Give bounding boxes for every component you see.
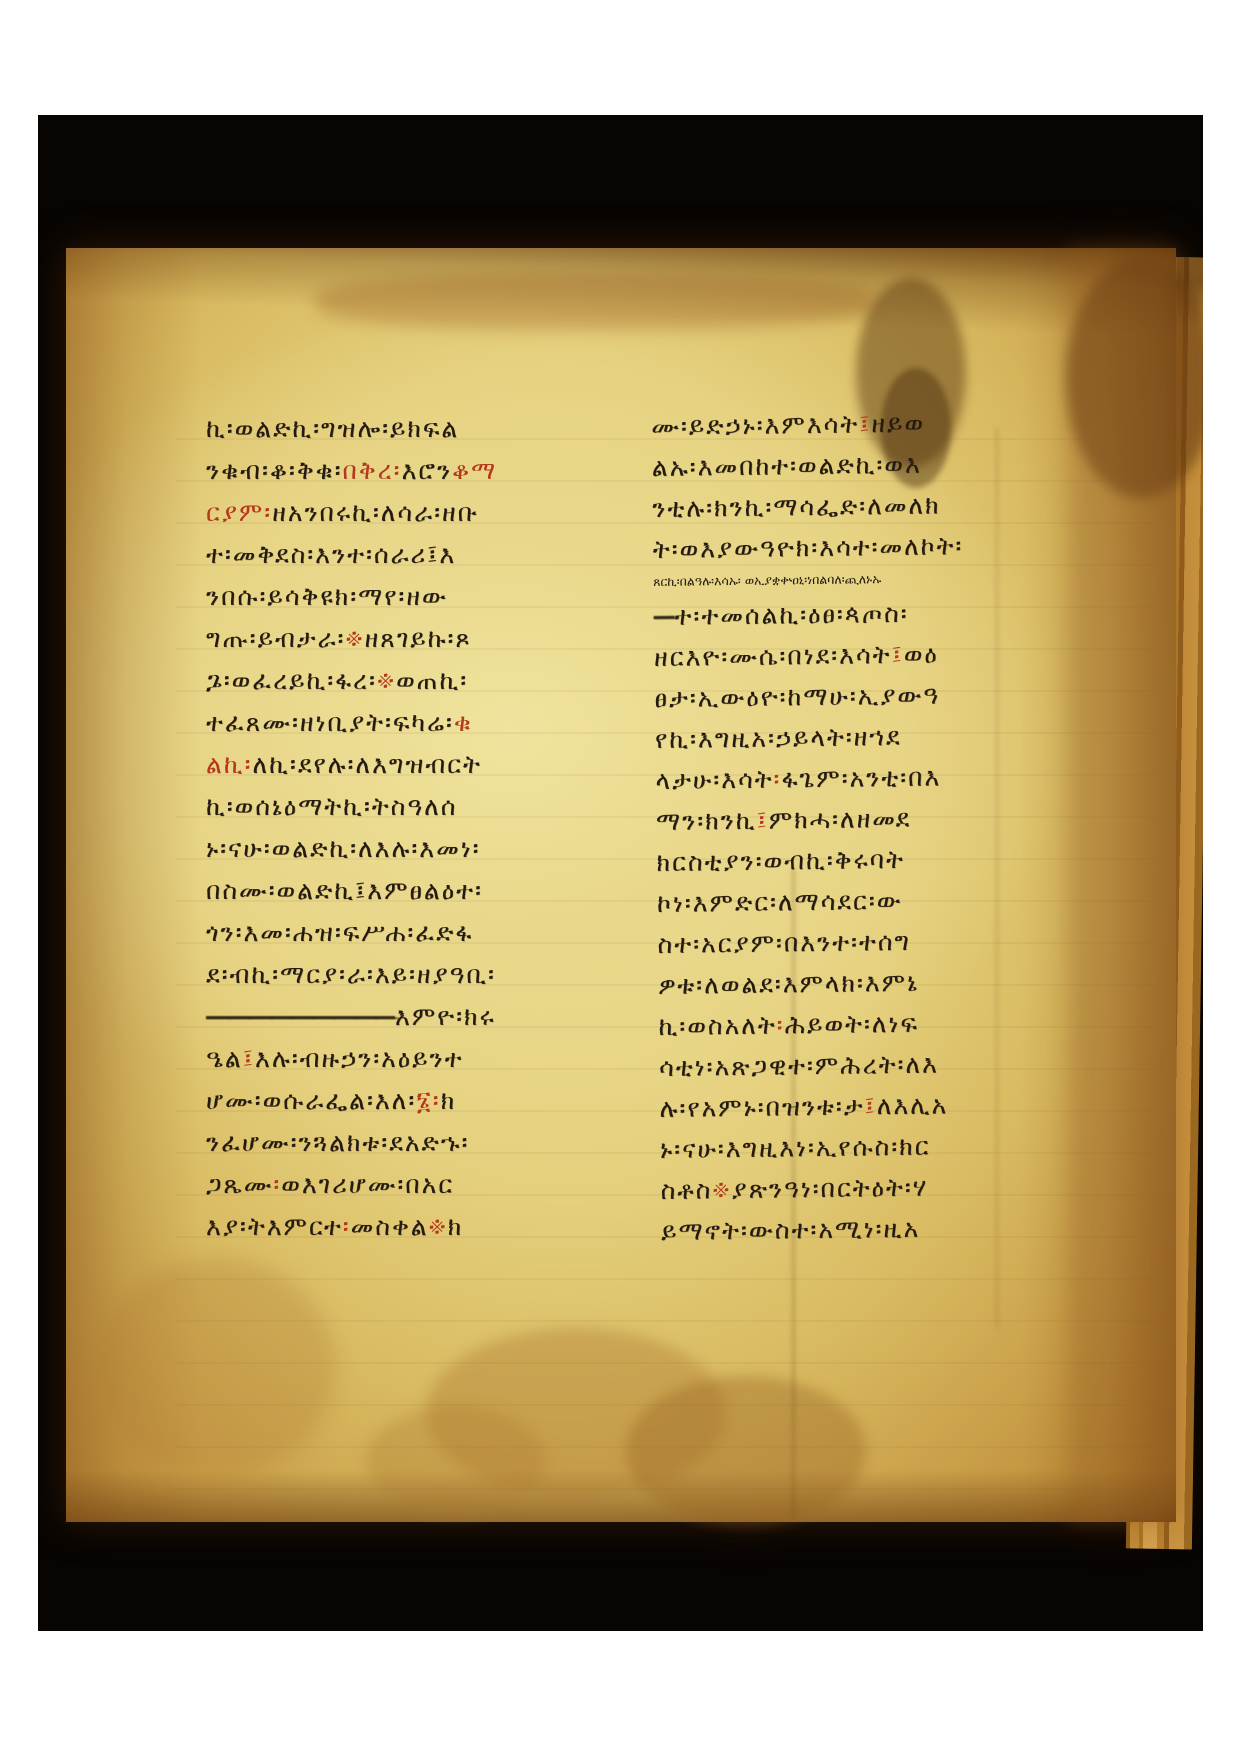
manuscript-line: ንፈሆሙ፡ንጓልክቱ፡ደአድኁ፡ [206, 1122, 646, 1164]
manuscript-line: ኪ፡ወልድኪ፡ግዝሎ፡ይክፍል [206, 408, 646, 450]
manuscript-line: ፀታ፡ኢውዕዮ፡ከማሁ፡ኢያውዓ [654, 672, 1134, 719]
text-segment-black: ንቲሉ፡ክንኪ፡ማሳፌድ፡ለመለክ [652, 490, 941, 523]
text-segment-black: ት፡ወእያውዓዮክ፡እሳተ፡መለኮት፡ [653, 531, 964, 564]
manuscript-line: ጔ፡ወፈረይኪ፡ፋረ፡፠ወጠኪ፡ [206, 660, 646, 702]
manuscript-line: ማን፡ክንኪ፤ምክሓ፡ለዘመደ [656, 795, 1136, 842]
text-segment-black: ጔ፡ወፈረይኪ፡ፋረ፡ [206, 666, 377, 695]
text-segment-black: እምዮ፡ክሩ [395, 1002, 496, 1031]
text-segment-black: ጸርኪ፡በልዓሉ፡እሳኡ፡ ወኢያቋቍዐኒ፡ነበልባለ፡ጪለኑኡ [653, 571, 881, 589]
manuscript-line: ኑ፡ናሁ፡እግዚእነ፡ኢየሱስ፡ክር [660, 1123, 1140, 1170]
manuscript-line: እያ፡ትእምርተ፡መስቀል፠ክ [206, 1206, 646, 1248]
text-segment-black: ሳቲነ፡አጽጋዊተ፡ምሕረት፡ለእ [659, 1050, 939, 1082]
manuscript-line: የኪ፡እግዚአ፡ኃይላት፡ዘኀደ [655, 713, 1135, 760]
text-segment-black: ንበሱ፡ይሳቅዩክ፡ማየ፡ዘው [206, 582, 448, 611]
text-segment-red: ፤ [243, 1044, 255, 1073]
manuscript-line: ይማኖት፡ውስተ፡አሚነ፡ዚአ [661, 1205, 1141, 1252]
text-segment-red: ርያም፡ [206, 498, 272, 527]
text-segment-black: ክ [448, 1212, 464, 1241]
text-segment-smudged: ― [653, 602, 674, 631]
stain [426, 1328, 726, 1498]
text-segment-black: ኑ፡ናሁ፡እግዚእነ፡ኢየሱስ፡ክር [660, 1132, 931, 1164]
text-segment-red: ቆማ [452, 456, 497, 485]
manuscript-line: ስተ፡አርያም፡በእንተ፡ተሰግ [657, 918, 1137, 965]
text-segment-red: ቁ [454, 708, 473, 737]
manuscript-line: ዎቱ፡ለወልደ፡እምላክ፡እምኔ [658, 959, 1138, 1006]
text-segment-black: ወእገሪሆሙ፡በአር [281, 1170, 454, 1199]
manuscript-line: ሙ፡ይድኃኑ፡እምእሳት፤ዘይወ [651, 400, 1131, 447]
manuscript-line: ―――――――――እምዮ፡ክሩ [206, 996, 646, 1038]
text-segment-black: ዘጸገይኩ፡ጾ [365, 624, 472, 653]
text-segment-black: ለእሊአ [877, 1090, 949, 1120]
text-segment-red: ፤ [891, 640, 904, 669]
text-segment-black: ዔል [206, 1044, 243, 1073]
text-segment-black: ደ፡ብኪ፡ማርያ፡ራ፡እይ፡ዘያዓቢ፡ [206, 960, 496, 989]
scan-page: ኪ፡ወልድኪ፡ግዝሎ፡ይክፍልንቁብ፡ቆ፡ቅቁ፡በቅረ፡እሮንቆማርያም፡ዘአን… [0, 0, 1238, 1753]
manuscript-line: ሆሙ፡ወሱራፌል፡እለ፡፮፡ክ [206, 1080, 646, 1122]
manuscript-line: ክርስቲያን፡ወብኪ፡ቅሩባት [656, 836, 1136, 883]
manuscript-line: ንቲሉ፡ክንኪ፡ማሳፌድ፡ለመለክ [652, 482, 1132, 529]
manuscript-line: ተፈጸሙ፡ዘነቢያት፡ፍካሬ፡ቁ [206, 702, 646, 744]
text-segment-black: ዘርእዮ፡ሙሴ፡በነደ፡እሳት [654, 640, 892, 672]
text-segment-black: ንቁብ፡ቆ፡ቅቁ፡ [206, 456, 343, 485]
text-segment-black: ሕይወት፡ለነፍ [784, 1009, 919, 1040]
text-segment-red: ፤ [756, 806, 769, 835]
text-segment-black: እሉ፡ብዙኃን፡አዕይንተ [255, 1044, 464, 1073]
text-segment-red: ፠ [377, 666, 396, 695]
text-segment-black: ያጽንዓነ፡በርትዕት፡ሃ [731, 1173, 928, 1204]
text-segment-red: ፠ [429, 1212, 448, 1241]
text-segment-black: ምክሓ፡ለዘመደ [769, 804, 912, 835]
manuscript-line: ልኪ፡ለኪ፡ደየሉ፡ለእግዝብርት [206, 744, 646, 786]
manuscript-line: ኪ፡ወሰኔዕማትኪ፡ትስዓለሰ [206, 786, 646, 828]
manuscript-line: ግጡ፡ይብታራ፡፠ዘጸገይኩ፡ጾ [206, 618, 646, 660]
text-segment-black: ዘአንበሩኪ፡ለሳራ፡ዘቡ [272, 498, 479, 527]
text-segment-black: ፋጌም፡አንቲ፡በእ [781, 762, 941, 793]
text-segment-black: ኪ፡ወሰኔዕማትኪ፡ትስዓለሰ [206, 792, 457, 821]
text-segment-red: ፠ [345, 624, 364, 653]
text-segment-black: ሆሙ፡ወሱራፌል፡እለ፡ [206, 1086, 416, 1115]
manuscript-line: ኮነ፡እምድር፡ለማሳደር፡ው [657, 877, 1137, 924]
manuscript-line: ርያም፡ዘአንበሩኪ፡ለሳራ፡ዘቡ [206, 492, 646, 534]
text-segment-black: ሉ፡የአምኑ፡በዝንቱ፡ታ [659, 1091, 864, 1123]
text-segment-black: ጎን፡እመ፡ሐዝ፡ፍሥሐ፡ፈድፋ [206, 918, 473, 947]
parchment-wrap: ኪ፡ወልድኪ፡ግዝሎ፡ይክፍልንቁብ፡ቆ፡ቅቁ፡በቅረ፡እሮንቆማርያም፡ዘአን… [38, 115, 1203, 1631]
manuscript-line: ሳቲነ፡አጽጋዊተ፡ምሕረት፡ለእ [659, 1041, 1139, 1088]
manuscript-line: ―ተ፡ተመሰልኪ፡ዕፀ፡ጳጦስ፡ [653, 590, 1133, 637]
stain [316, 274, 876, 329]
text-segment-black: ይማኖት፡ውስተ፡አሚነ፡ዚአ [661, 1214, 920, 1246]
text-segment-black: ማን፡ክንኪ [656, 806, 757, 836]
text-segment-black: ተ፡ተመሰልኪ፡ዕፀ፡ጳጦስ፡ [674, 599, 908, 631]
text-segment-black: በስሙ፡ወልድኪ፤እምፀልዕተ፡ [206, 876, 483, 905]
text-segment-black: የኪ፡እግዚአ፡ኃይላት፡ዘኀደ [655, 722, 902, 754]
text-segment-black: ኪ፡ወልድኪ፡ግዝሎ፡ይክፍል [206, 414, 459, 443]
text-segment-black: መስቀል [351, 1212, 429, 1241]
text-segment-black: ኑ፡ናሁ፡ወልድኪ፡ለእሉ፡እመነ፡ [206, 834, 481, 863]
text-segment-red: ፤ [864, 1091, 877, 1120]
text-segment-red: ፮፡ [416, 1086, 440, 1115]
text-segment-red: ፤ [859, 409, 872, 438]
manuscript-line: ት፡ወእያውዓዮክ፡እሳተ፡መለኮት፡ [653, 523, 1133, 570]
text-segment-red: በቅረ፡ [343, 456, 402, 485]
text-segment-black: ክ [441, 1086, 457, 1115]
manuscript-line: ኪ፡ወስአለት፡ሕይወት፡ለነፍ [658, 1000, 1138, 1047]
stain [366, 1406, 546, 1516]
text-segment-black: ግጡ፡ይብታራ፡ [206, 624, 345, 653]
manuscript-line: በስሙ፡ወልድኪ፤እምፀልዕተ፡ [206, 870, 646, 912]
text-segment-black: ስቶስ [660, 1175, 712, 1205]
manuscript-line: ዘርእዮ፡ሙሴ፡በነደ፡እሳት፤ወዕ [654, 631, 1134, 678]
text-column-right: ሙ፡ይድኃኑ፡እምእሳት፤ዘይወልኡ፡እመበከተ፡ወልድኪ፡ወእንቲሉ፡ክንኪ፡… [651, 400, 1141, 1252]
text-segment-red: ፠ [712, 1175, 731, 1204]
text-segment-black: ወዕ [904, 640, 939, 669]
text-segment-black: ለኪ፡ደየሉ፡ለእግዝብርት [253, 750, 482, 779]
manuscript-line: ንበሱ፡ይሳቅዩክ፡ማየ፡ዘው [206, 576, 646, 618]
text-segment-black: ንፈሆሙ፡ንጓልክቱ፡ደአድኁ፡ [206, 1128, 469, 1157]
manuscript-line: ኑ፡ናሁ፡ወልድኪ፡ለእሉ፡እመነ፡ [206, 828, 646, 870]
text-segment-black: ልኡ፡እመበከተ፡ወልድኪ፡ወእ [652, 450, 922, 482]
text-segment-black: ክርስቲያን፡ወብኪ፡ቅሩባት [656, 845, 905, 877]
text-segment-red: ልኪ፡ [206, 750, 253, 779]
stain [96, 1258, 336, 1478]
manuscript-line: ስቶስ፠ያጽንዓነ፡በርትዕት፡ሃ [660, 1164, 1140, 1211]
manuscript-line: ላታሁ፡እሳት፡ፋጌም፡አንቲ፡በእ [655, 754, 1135, 801]
text-segment-black: ስተ፡አርያም፡በእንተ፡ተሰግ [657, 927, 911, 959]
text-column-left: ኪ፡ወልድኪ፡ግዝሎ፡ይክፍልንቁብ፡ቆ፡ቅቁ፡በቅረ፡እሮንቆማርያም፡ዘአን… [206, 408, 646, 1248]
text-segment-black: ተፈጸሙ፡ዘነቢያት፡ፍካሬ፡ [206, 708, 454, 737]
text-segment-black: ዎቱ፡ለወልደ፡እምላክ፡እምኔ [658, 968, 919, 1000]
text-segment-black: እያ፡ትእምርተ [206, 1212, 343, 1241]
parchment-page: ኪ፡ወልድኪ፡ግዝሎ፡ይክፍልንቁብ፡ቆ፡ቅቁ፡በቅረ፡እሮንቆማርያም፡ዘአን… [66, 248, 1176, 1522]
manuscript-line: ጋጼሙ፡ወእገሪሆሙ፡በአር [206, 1164, 646, 1206]
manuscript-line: ንቁብ፡ቆ፡ቅቁ፡በቅረ፡እሮንቆማ [206, 450, 646, 492]
text-segment-black: ወጠኪ፡ [396, 666, 468, 695]
text-segment-black: ጋጼሙ [206, 1170, 273, 1199]
manuscript-line: ተ፡መቅደስ፡እንተ፡ሰራሪ፤እ [206, 534, 646, 576]
text-segment-black: ኪ፡ወስአለት [658, 1011, 776, 1041]
manuscript-line: ዔል፤እሉ፡ብዙኃን፡አዕይንተ [206, 1038, 646, 1080]
manuscript-line: ሉ፡የአምኑ፡በዝንቱ፡ታ፤ለእሊአ [659, 1082, 1139, 1129]
text-segment-smudged: ――――――――― [206, 1002, 395, 1031]
manuscript-line: ልኡ፡እመበከተ፡ወልድኪ፡ወእ [652, 441, 1132, 488]
text-segment-black: ተ፡መቅደስ፡እንተ፡ሰራሪ፤እ [206, 540, 456, 569]
text-segment-black: ዘይወ [871, 409, 925, 439]
manuscript-photo: ኪ፡ወልድኪ፡ግዝሎ፡ይክፍልንቁብ፡ቆ፡ቅቁ፡በቅረ፡እሮንቆማርያም፡ዘአን… [38, 115, 1203, 1631]
text-segment-red: ፡ [343, 1212, 351, 1241]
stain [626, 1376, 866, 1526]
text-segment-black: ላታሁ፡እሳት [655, 765, 773, 795]
manuscript-line: ጎን፡እመ፡ሐዝ፡ፍሥሐ፡ፈድፋ [206, 912, 646, 954]
text-segment-black: ፀታ፡ኢውዕዮ፡ከማሁ፡ኢያውዓ [654, 680, 940, 712]
text-segment-black: ሙ፡ይድኃኑ፡እምእሳት [651, 409, 859, 441]
text-segment-black: እሮን [402, 456, 453, 485]
text-segment-black: ኮነ፡እምድር፡ለማሳደር፡ው [657, 886, 903, 918]
manuscript-line: ደ፡ብኪ፡ማርያ፡ራ፡እይ፡ዘያዓቢ፡ [206, 954, 646, 996]
